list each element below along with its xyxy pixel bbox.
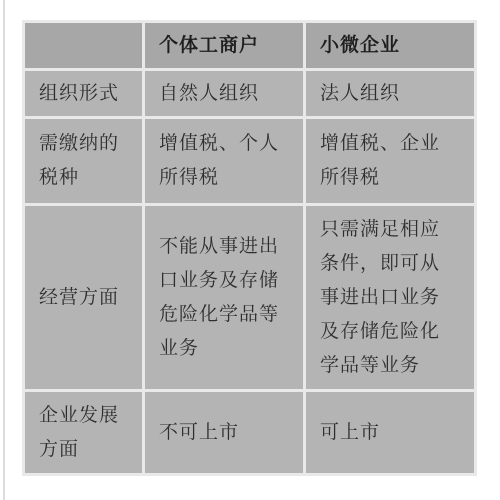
cell-organization-form-small-micro-enterprise: 法人组织 [306, 71, 474, 116]
cell-business-scope-small-micro-enterprise: 只需满足相应 条件，即可从 事进出口业务 及存储危险化 学品等业务 [306, 206, 474, 389]
comparison-table: 个体工商户 小微企业 组织形式 自然人组织 法人组织 需缴纳的 税种 增值税、个… [22, 20, 477, 476]
col-header-small-micro-enterprise: 小微企业 [306, 23, 474, 68]
table-row-enterprise-development: 企业发展 方面 不可上市 可上市 [25, 392, 474, 473]
table-row-organization-form: 组织形式 自然人组织 法人组织 [25, 71, 474, 116]
cell-business-scope-individual-business: 不能从事进出 口业务及存储 危险化学品等 业务 [145, 206, 303, 389]
col-header-individual-business: 个体工商户 [145, 23, 303, 68]
cell-taxes-payable-small-micro-enterprise: 增值税、企业 所得税 [306, 119, 474, 203]
table-row-taxes-payable: 需缴纳的 税种 增值税、个人 所得税 增值税、企业 所得税 [25, 119, 474, 203]
row-label-enterprise-development: 企业发展 方面 [25, 392, 142, 473]
cell-enterprise-development-individual-business: 不可上市 [145, 392, 303, 473]
cell-organization-form-individual-business: 自然人组织 [145, 71, 303, 116]
header-row: 个体工商户 小微企业 [25, 23, 474, 68]
row-label-business-scope: 经营方面 [25, 206, 142, 389]
row-label-taxes-payable: 需缴纳的 税种 [25, 119, 142, 203]
corner-blank-cell [25, 23, 142, 68]
cell-taxes-payable-individual-business: 增值税、个人 所得税 [145, 119, 303, 203]
table-row-business-scope: 经营方面 不能从事进出 口业务及存储 危险化学品等 业务 只需满足相应 条件，即… [25, 206, 474, 389]
left-edge-line [3, 0, 5, 500]
row-label-organization-form: 组织形式 [25, 71, 142, 116]
cell-enterprise-development-small-micro-enterprise: 可上市 [306, 392, 474, 473]
